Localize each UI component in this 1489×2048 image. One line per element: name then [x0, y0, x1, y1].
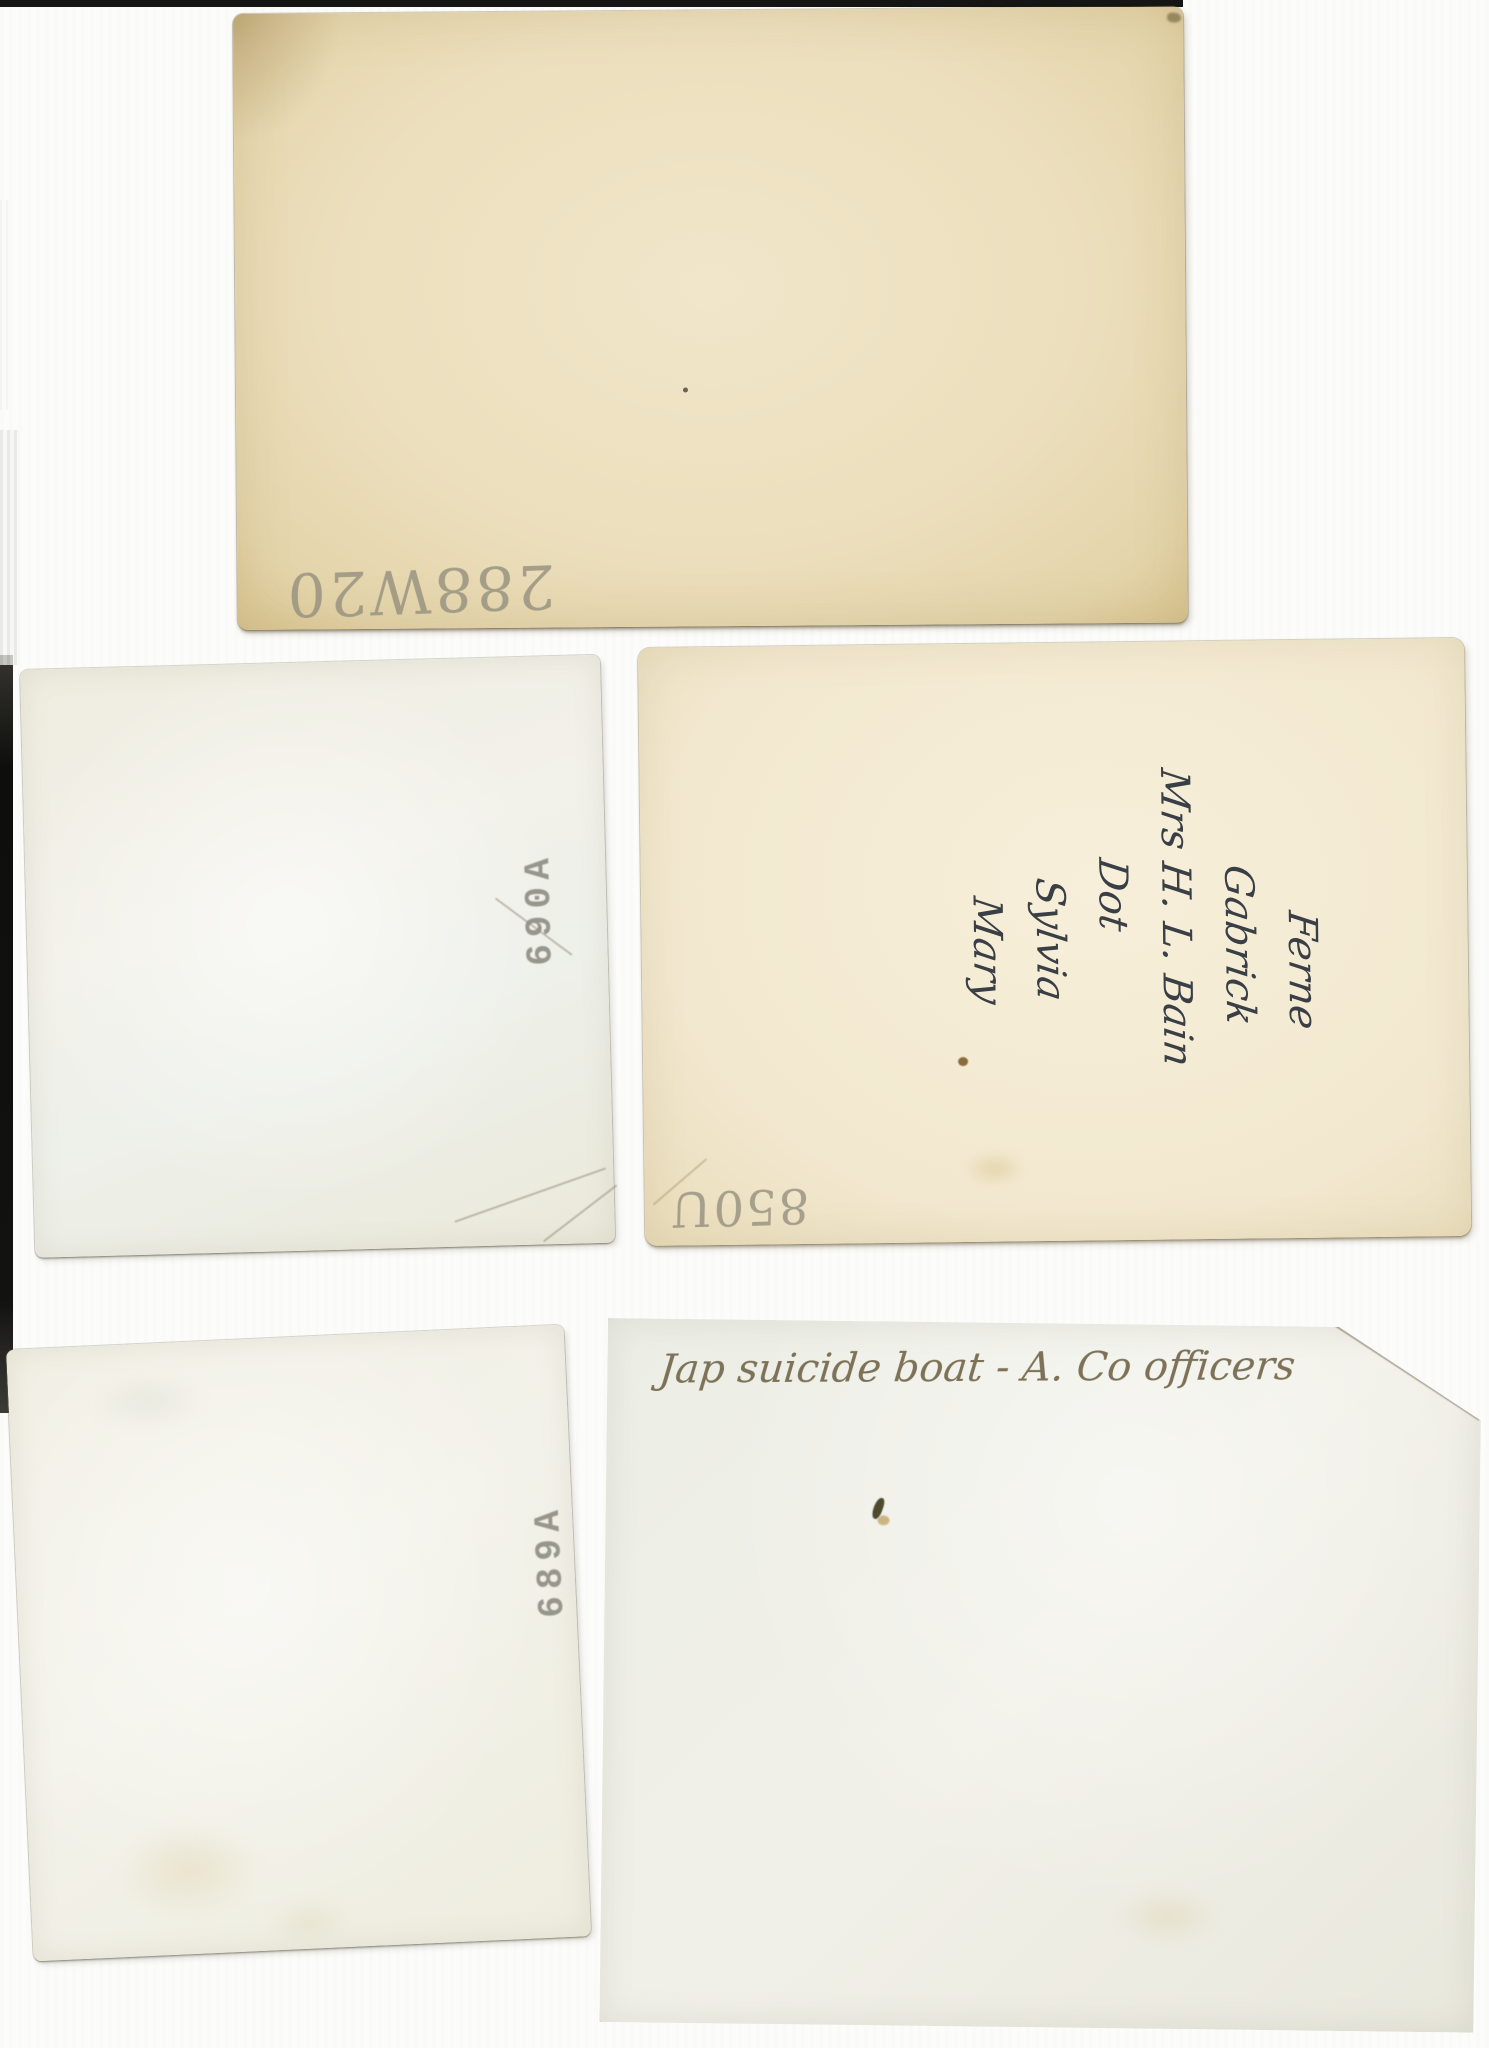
photo-back-small-white-upper: 690A — [20, 655, 615, 1258]
ink-name-line: Ferne — [1268, 757, 1336, 1190]
scanner-streaks-faint — [0, 200, 12, 410]
corner-mark — [1167, 13, 1181, 23]
yellow-stain — [263, 1895, 355, 1949]
gray-stain — [87, 1369, 210, 1434]
photo-back-large-white-caption: Jap suicide boat - A. Co officers — [599, 1318, 1482, 2033]
ink-name-line: Gabrick — [1205, 758, 1273, 1191]
ink-name-line: Mary — [953, 761, 1021, 1194]
yellow-stain — [112, 1817, 266, 1924]
crease-line — [543, 1184, 617, 1241]
ink-name-line: Mrs H. L. Bain — [1142, 759, 1210, 1192]
crease-line — [455, 1167, 606, 1222]
scanner-edge-top — [0, 0, 1183, 7]
ink-name-line: Dot — [1079, 760, 1147, 1193]
stamped-negative-number: 690A — [517, 833, 561, 984]
ink-caption: Jap suicide boat - A. Co officers — [657, 1343, 1362, 1393]
handwritten-names-block: Ferne Gabrick Mrs H. L. Bain Dot Sylvia … — [945, 761, 1336, 1191]
photo-back-cream-names: Ferne Gabrick Mrs H. L. Bain Dot Sylvia … — [638, 638, 1471, 1246]
speck — [683, 387, 688, 392]
photo-back-large-tan: 288W20 — [233, 7, 1188, 630]
scanned-page: 288W20 690A Ferne Gabrick Mrs H. L. Bain… — [0, 0, 1489, 2048]
corner-smudge — [233, 13, 344, 144]
photo-back-small-white-lower: 689A — [6, 1325, 591, 1962]
pencil-negative-number: 850U — [636, 1176, 841, 1238]
stamped-negative-number: 689A — [527, 1485, 574, 1637]
pencil-negative-number: 288W20 — [243, 549, 596, 630]
dark-speck — [870, 1496, 886, 1520]
yellow-stain — [1112, 1886, 1223, 1947]
scanner-streaks — [0, 430, 19, 665]
scanner-edge-left — [0, 655, 13, 1413]
ink-name-line: Sylvia — [1016, 760, 1084, 1193]
tan-speck — [877, 1515, 889, 1525]
